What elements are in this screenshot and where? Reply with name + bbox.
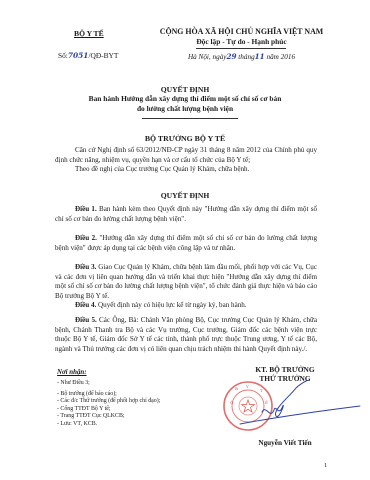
proposal-basis: Theo đề nghị của Cục trưởng Cục Quản lý …: [55, 165, 317, 175]
recipients-title: Nơi nhận:: [57, 369, 160, 377]
article-4: Điều 4. Quyết định này có hiệu lực kể từ…: [55, 301, 317, 311]
day-handwritten: 29: [226, 52, 236, 61]
recipients-block: Nơi nhận: - Như Điều 3; - Bộ trưởng (để …: [57, 369, 160, 429]
title-divider: [142, 118, 238, 119]
page-number: 1: [324, 462, 327, 469]
handwritten-signature-icon: [232, 380, 362, 430]
document-number: Số:7051/QĐ-BYT: [58, 51, 118, 60]
subject-line-2: đo lường chất lượng bệnh viện: [20, 104, 350, 114]
organization-name: BỘ Y TẾ: [74, 29, 104, 38]
doc-number-suffix: /QĐ-BYT: [88, 51, 118, 60]
article-label: Điều 5.: [75, 316, 97, 324]
article-label: Điều 1.: [75, 205, 97, 213]
signer-name: Nguyễn Viết Tiến: [230, 439, 340, 447]
year-label: năm 2016: [266, 53, 295, 61]
article-label: Điều 2.: [75, 234, 97, 242]
subject-line-1: Ban hành Hướng dẫn xây dựng thí điểm một…: [20, 94, 350, 104]
recipient-item: - Như Điều 3;: [57, 380, 160, 388]
month-label: tháng: [238, 53, 254, 61]
recipient-item: - Trang TTĐT Cục QLKCB;: [57, 413, 160, 421]
doc-number-handwritten: 7051: [68, 51, 89, 60]
article-label: Điều 3.: [75, 263, 96, 271]
recipient-item: - Các đ/c Thứ trưởng (để phối hợp chỉ đạ…: [57, 398, 160, 406]
signature-title-line-1: KT. BỘ TRƯỞNG: [230, 365, 340, 374]
article-5: Điều 5. Các Ông, Bà: Chánh Văn phòng Bộ,…: [55, 316, 317, 354]
article-text: Quyết định này có hiệu lực kể từ ngày ký…: [96, 301, 246, 309]
place-prefix: Hà Nội, ngày: [188, 53, 227, 61]
national-motto: Độc lập - Tự do - Hạnh phúc: [143, 37, 340, 46]
decision-heading: QUYẾT ĐỊNH: [20, 191, 350, 200]
issuing-authority: BỘ TRƯỞNG BỘ Y TẾ: [20, 134, 350, 143]
article-3: Điều 3. Giao Cục Quản lý Khám, chữa bệnh…: [55, 263, 317, 301]
article-label: Điều 4.: [75, 301, 96, 309]
document-type: QUYẾT ĐỊNH: [20, 85, 350, 94]
recipient-item: - Cổng TTĐT Bộ Y tế;: [57, 406, 160, 414]
legal-basis: Căn cứ Nghị định số 63/2012/NĐ-CP ngày 3…: [55, 146, 317, 165]
national-title: CỘNG HÒA XÃ HỘI CHỦ NGHĨA VIỆT NAM: [143, 27, 340, 36]
month-handwritten: 11: [255, 52, 265, 61]
recipient-item: - Lưu: VT, KCB.: [57, 421, 160, 429]
article-1: Điều 1. Ban hành kèm theo Quyết định này…: [55, 205, 317, 224]
doc-number-prefix: Số:: [58, 51, 68, 60]
motto-underline: [196, 48, 286, 49]
place-date: Hà Nội, ngày29 tháng11 năm 2016: [143, 52, 340, 61]
article-2: Điều 2. "Hướng dẫn xây dựng thí điểm một…: [55, 234, 317, 253]
document-subject: Ban hành Hướng dẫn xây dựng thí điểm một…: [20, 94, 350, 113]
